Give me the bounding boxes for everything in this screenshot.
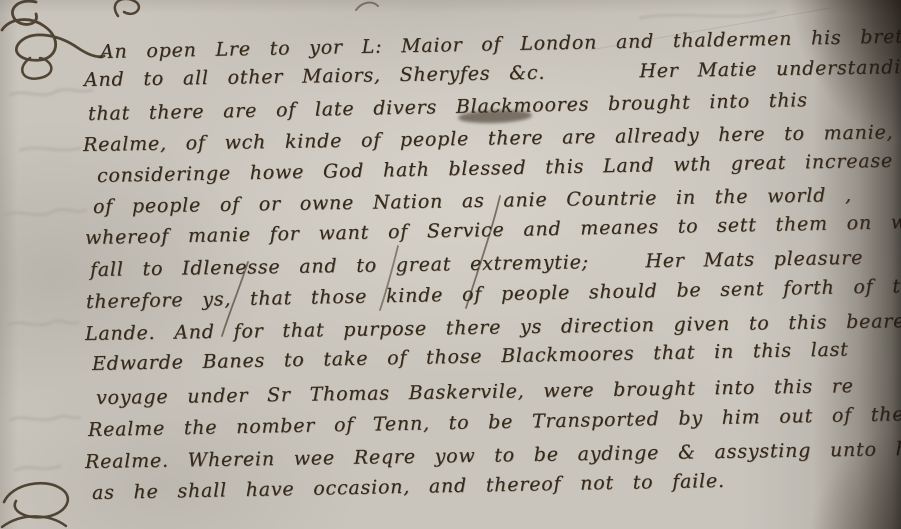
opening-flourish: [12, 1, 36, 24]
top-small-mark: [356, 3, 378, 10]
bottom-left-flourish: [2, 516, 66, 527]
top-curl-mark: [115, 0, 139, 16]
bleedthrough-squiggle: [10, 89, 92, 95]
bottom-left-flourish: [4, 483, 68, 517]
opening-flourish: [2, 20, 104, 61]
bleedthrough-squiggle: [640, 12, 775, 18]
manuscript-line: that there are of late divers Blackmoore…: [88, 88, 808, 126]
manuscript-line: as he shall have occasion, and thereof n…: [92, 469, 725, 505]
manuscript-line: Realme. Wherein wee Reqre yow to be aydi…: [85, 437, 901, 474]
bleedthrough-squiggle: [5, 209, 86, 215]
bleedthrough-squiggle: [10, 416, 80, 420]
manuscript-page: An open Lre to yor L: Maior of London an…: [0, 0, 901, 529]
opening-flourish: [22, 58, 51, 79]
bleedthrough-squiggle: [20, 148, 80, 150]
bleedthrough-squiggle: [8, 321, 78, 325]
bleedthrough-squiggle: [15, 466, 60, 470]
manuscript-line: Realme the nomber of Tenn, to be Transpo…: [88, 402, 901, 442]
